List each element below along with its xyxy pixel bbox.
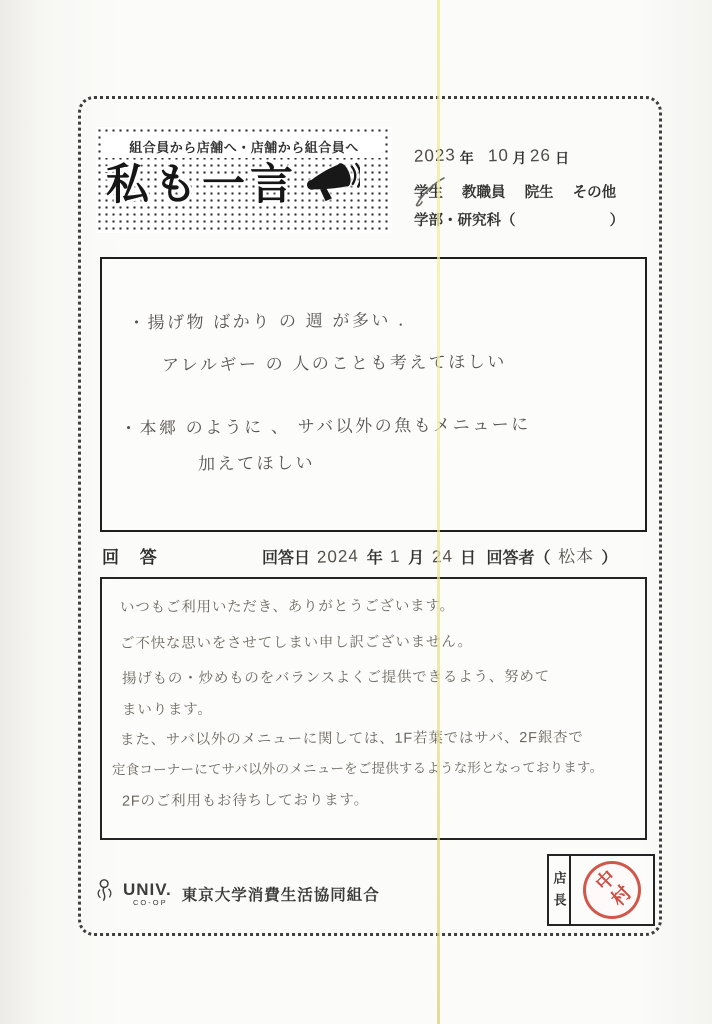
answer-year-value: 2024 xyxy=(317,546,360,567)
day-unit: 日 xyxy=(555,150,569,166)
answer-line: 2Fのご利用もお待ちしております。 xyxy=(122,788,369,810)
coop-emblem-icon xyxy=(95,876,117,911)
answer-date-label: 回答日 xyxy=(262,550,310,567)
affiliation-student: 学生 xyxy=(414,185,443,201)
affiliation-staff: 教職員 xyxy=(462,185,506,201)
answer-year-unit: 年 xyxy=(367,550,383,567)
affiliation-grad: 院生 xyxy=(525,185,554,201)
coop-logo-main: UNIV. xyxy=(123,881,172,898)
answer-line: また、サバ以外のメニューに関しては、1F若葉ではサバ、2F銀杏で xyxy=(120,726,584,749)
megaphone-icon xyxy=(302,161,360,210)
submission-date: 2023 年 10 月 26 日 xyxy=(414,148,664,168)
stamp-area: 中村 xyxy=(571,856,653,924)
manager-role-label: 店長 xyxy=(549,856,571,924)
answer-line: 定食コーナーにてサバ以外のメニューをご提供するような形となっております。 xyxy=(112,756,603,779)
answer-line: 揚げもの・炒めものをバランスよくご提供できるよう、努めて xyxy=(122,665,550,688)
answer-line: まいります。 xyxy=(122,698,213,719)
red-hanko-stamp: 中村 xyxy=(583,861,641,919)
form-title-row: 私も一言 xyxy=(106,161,392,210)
department-close-paren: ） xyxy=(610,213,625,229)
answer-line: ご不快な思いをさせてしまい申し訳ございません。 xyxy=(120,630,473,653)
month-value: 10 xyxy=(487,146,509,167)
answer-month-value: 1 xyxy=(390,547,401,567)
day-value: 26 xyxy=(530,146,552,167)
footer: UNIV. CO-OP 東京大学消費生活協同組合 xyxy=(95,876,380,911)
comment-line: 加えてほしい xyxy=(198,448,315,474)
answer-day-unit: 日 xyxy=(460,550,476,567)
form-title: 私も一言 xyxy=(106,164,298,207)
date-affiliation-block: 2023 年 10 月 26 日 学生 教職員 院生 その他 学部・研究科（ xyxy=(414,148,664,230)
form-slogan: 組合員から店舗へ・店舗から組合員へ xyxy=(104,135,384,158)
answer-box: いつもご利用いただき、ありがとうございます。 ご不快な思いをさせてしまい申し訳ご… xyxy=(100,577,647,840)
comment-line: ・揚げ物 ばかり の 週 が多い ． xyxy=(128,305,418,333)
year-unit: 年 xyxy=(460,150,474,166)
answer-day-value: 24 xyxy=(431,547,453,568)
comment-line: ・本郷 のように 、 サバ以外の魚もメニューに xyxy=(120,410,531,439)
coop-logo: UNIV. CO-OP xyxy=(123,881,172,907)
affiliation-other: その他 xyxy=(573,185,617,201)
responder-close-paren: ） xyxy=(601,550,617,567)
hanko-name: 中村 xyxy=(590,868,635,913)
affiliation-options: 学生 教職員 院生 その他 xyxy=(414,181,664,202)
year-value: 2023 xyxy=(414,145,457,166)
manager-stamp-box: 店長 中村 xyxy=(547,854,655,926)
coop-logo-sub: CO-OP xyxy=(133,899,168,907)
organization-name: 東京大学消費生活協同組合 xyxy=(182,883,380,905)
responder-label: 回答者（ xyxy=(486,550,550,567)
responder-name: 松本 xyxy=(557,541,594,567)
affiliation-student-wrap: 学生 xyxy=(414,181,458,202)
month-unit: 月 xyxy=(512,150,526,166)
answer-month-unit: 月 xyxy=(408,550,424,567)
department-field: 学部・研究科（ ） xyxy=(414,209,664,230)
answer-section-label: 回 答 xyxy=(102,543,165,568)
form-header: 組合員から店舗へ・店舗から組合員へ 私も一言 xyxy=(96,127,392,233)
answer-line: いつもご利用いただき、ありがとうございます。 xyxy=(120,594,455,617)
department-label: 学部・研究科（ xyxy=(414,213,516,229)
comment-box: ・揚げ物 ばかり の 週 が多い ． アレルギー の 人のことも考えてほしい ・… xyxy=(100,257,647,532)
comment-line: アレルギー の 人のことも考えてほしい xyxy=(162,347,507,376)
scanned-feedback-form: 組合員から店舗へ・店舗から組合員へ 私も一言 2023 年 10 月 26 xyxy=(0,0,712,1024)
answer-meta-row: 回答日 2024 年 1 月 24 日 回答者（ 松本 ） xyxy=(262,543,617,568)
